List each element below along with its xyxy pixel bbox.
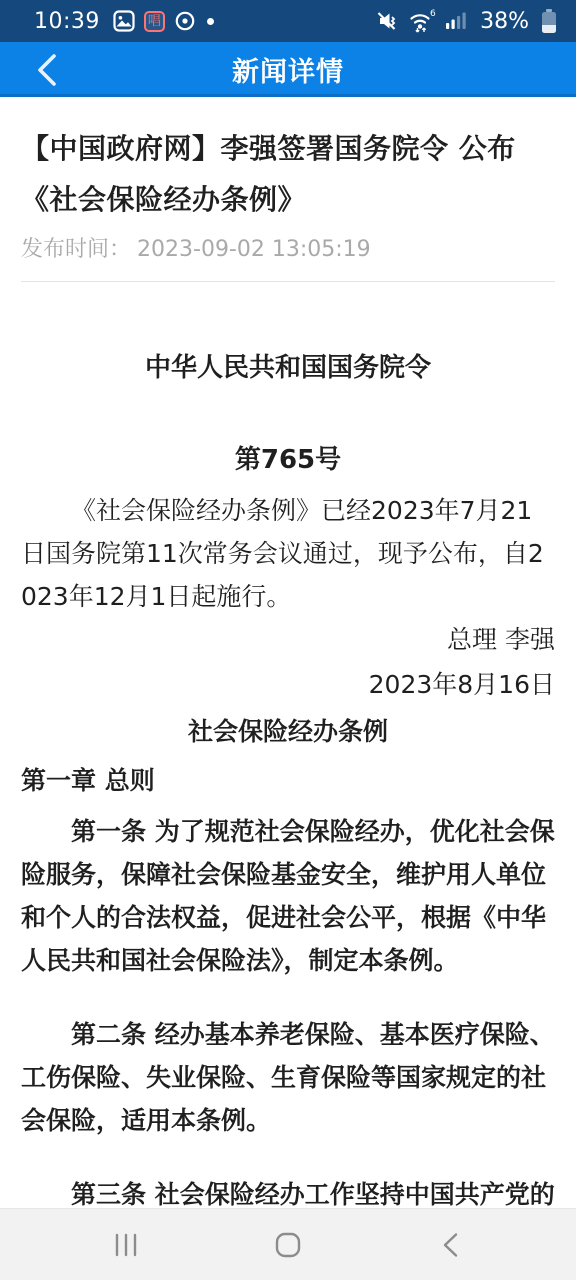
status-bar: 10:39 唱: [0, 0, 576, 42]
battery-percent: 38%: [480, 9, 529, 34]
home-squircle-icon: [275, 1232, 301, 1258]
paragraph-decree-no: 第765号: [21, 439, 555, 482]
paragraph-article-bold: 第二条 经办基本养老保险、基本医疗保险、工伤保险、失业保险、生育保险等国家规定的…: [21, 1013, 555, 1142]
paragraph-article-bold: 第一条 为了规范社会保险经办，优化社会保险服务，保障社会保险基金安全，维护用人单…: [21, 810, 555, 982]
publish-time-label: 发布时间：: [21, 237, 131, 262]
battery-icon: [542, 9, 556, 33]
paragraph-article-bold: 第三条 社会保险经办工作坚持中国共产党的领: [21, 1173, 555, 1208]
publish-time-value: 2023-09-02 13:05:19: [137, 237, 371, 262]
recents-icon: [113, 1233, 139, 1257]
paragraph-chapter: 第一章 总则: [21, 759, 555, 802]
paragraph-body-text: 《社会保险经办条例》已经2023年7月21日国务院第11次常务会议通过，现予公布…: [21, 489, 555, 618]
gallery-icon: [113, 10, 135, 32]
mute-vibrate-icon: [375, 9, 399, 33]
android-nav-bar: [0, 1208, 576, 1280]
chevron-left-icon: [36, 53, 58, 87]
status-time: 10:39: [34, 9, 100, 34]
paragraph-sign-date: 2023年8月16日: [21, 663, 555, 706]
article-content[interactable]: 【中国政府网】李强签署国务院令 公布《社会保险经办条例》 发布时间：2023-0…: [0, 97, 576, 1208]
phone-screen: 10:39 唱: [0, 0, 576, 1280]
page-title: 新闻详情: [0, 50, 576, 89]
svg-text:6: 6: [430, 9, 436, 19]
paragraph-sign-name: 总理 李强: [21, 618, 555, 661]
karaoke-glyph: 唱: [148, 15, 161, 28]
article-title: 【中国政府网】李强签署国务院令 公布《社会保险经办条例》: [21, 123, 555, 225]
more-notifications-dot: [207, 18, 214, 25]
karaoke-notification-icon: 唱: [144, 11, 165, 32]
divider: [21, 281, 555, 282]
wifi6-icon: 6: [408, 8, 436, 34]
paragraph-decree-title: 中华人民共和国国务院令: [21, 347, 555, 390]
app-header: 新闻详情: [0, 42, 576, 97]
nav-back-button[interactable]: [420, 1215, 480, 1275]
nav-back-chevron-icon: [441, 1232, 459, 1258]
back-button[interactable]: [24, 42, 70, 97]
article-body: 中华人民共和国国务院令第765号《社会保险经办条例》已经2023年7月21日国务…: [21, 347, 555, 1208]
article-meta: 发布时间：2023-09-02 13:05:19: [21, 235, 555, 265]
home-button[interactable]: [258, 1215, 318, 1275]
paragraph-reg-title: 社会保险经办条例: [21, 710, 555, 753]
screen-record-icon: [174, 10, 196, 32]
signal-icon: [445, 10, 469, 32]
recents-button[interactable]: [96, 1215, 156, 1275]
